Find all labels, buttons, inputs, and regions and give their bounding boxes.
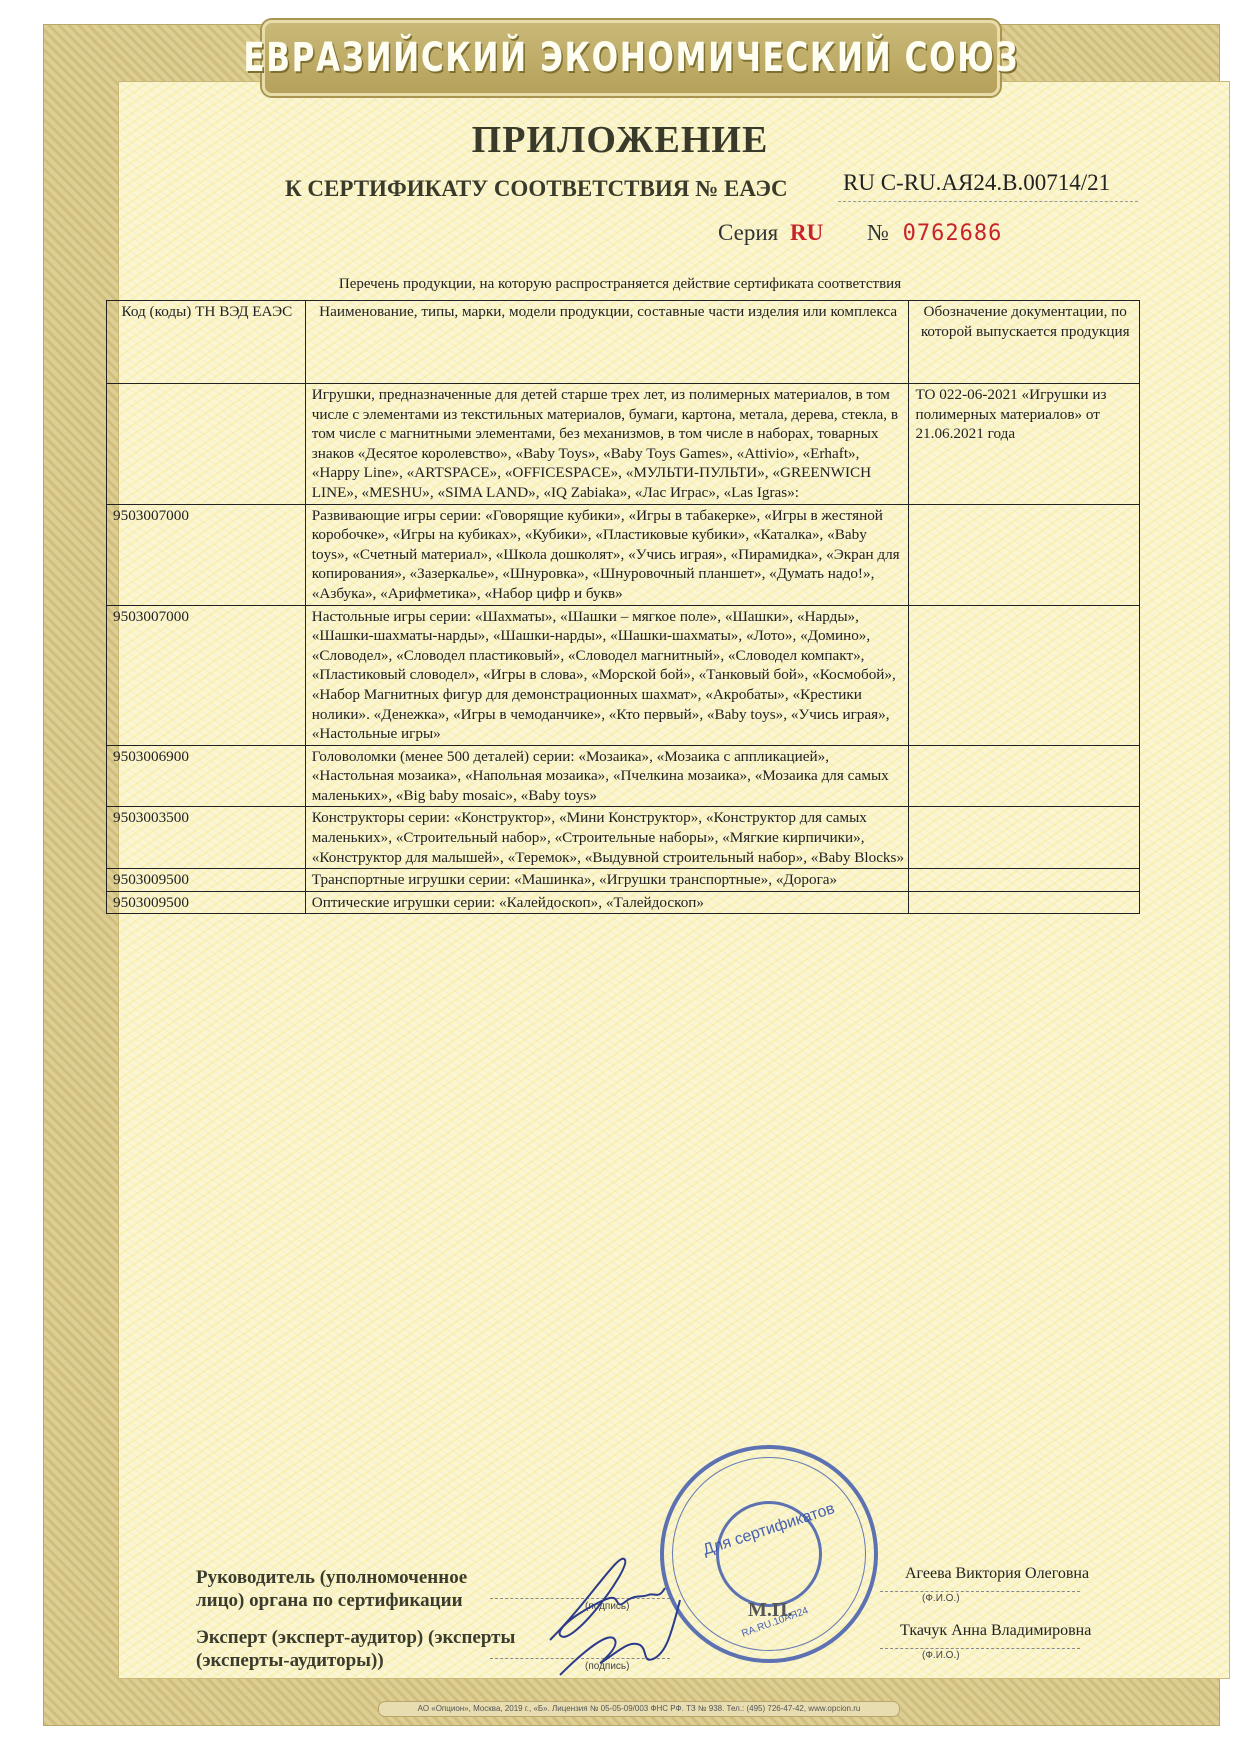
table-row: 9503009500 Оптические игрушки серии: «Ка…	[107, 891, 1140, 914]
cell-name: Головоломки (менее 500 деталей) серии: «…	[305, 745, 909, 807]
cell-doc	[909, 504, 1140, 605]
expert-label: Эксперт (эксперт-аудитор) (эксперты (экс…	[196, 1626, 516, 1672]
series-line: Серия RU № 0762686	[718, 220, 1002, 246]
cell-code: 9503007000	[107, 504, 306, 605]
cell-doc	[909, 869, 1140, 892]
cell-name: Развивающие игры серии: «Говорящие кубик…	[305, 504, 909, 605]
cell-code: 9503006900	[107, 745, 306, 807]
union-banner: ЕВРАЗИЙСКИЙ ЭКОНОМИЧЕСКИЙ СОЮЗ	[262, 20, 1000, 96]
table-row: 9503006900 Головоломки (менее 500 детале…	[107, 745, 1140, 807]
products-table: Код (коды) ТН ВЭД ЕАЭС Наименование, тип…	[106, 300, 1140, 914]
union-banner-text: ЕВРАЗИЙСКИЙ ЭКОНОМИЧЕСКИЙ СОЮЗ	[243, 35, 1019, 81]
number-sign: №	[867, 220, 889, 245]
cell-name: Транспортные игрушки серии: «Машинка», «…	[305, 869, 909, 892]
cell-doc: ТО 022-06-2021 «Игрушки из полимерных ма…	[909, 384, 1140, 505]
organization-stamp: Для сертификатов М.П. RA.RU.10АЯ24	[660, 1445, 878, 1663]
certificate-number-underline	[838, 201, 1138, 202]
cell-code: 9503009500	[107, 891, 306, 914]
head-label: Руководитель (уполномоченное лицо) орган…	[196, 1566, 496, 1612]
page-title: ПРИЛОЖЕНИЕ	[0, 118, 1240, 162]
cell-doc	[909, 745, 1140, 807]
cell-code: 9503009500	[107, 869, 306, 892]
head-name: Агеева Виктория Олеговна	[905, 1565, 1089, 1583]
table-row: 9503007000 Развивающие игры серии: «Гово…	[107, 504, 1140, 605]
table-row: 9503007000 Настольные игры серии: «Шахма…	[107, 605, 1140, 745]
cell-name: Игрушки, предназначенные для детей старш…	[305, 384, 909, 505]
cell-code: 9503003500	[107, 807, 306, 869]
expert-name: Ткачук Анна Владимировна	[900, 1622, 1091, 1640]
cell-doc	[909, 605, 1140, 745]
cell-doc	[909, 891, 1140, 914]
header-name: Наименование, типы, марки, модели продук…	[305, 301, 909, 384]
header-doc: Обозначение документации, по которой вып…	[909, 301, 1140, 384]
certificate-label: К СЕРТИФИКАТУ СООТВЕТСТВИЯ № ЕАЭС	[285, 176, 788, 202]
cell-doc	[909, 807, 1140, 869]
head-fio-line	[880, 1591, 1080, 1592]
cell-code	[107, 384, 306, 505]
cell-name: Настольные игры серии: «Шахматы», «Шашки…	[305, 605, 909, 745]
header-code: Код (коды) ТН ВЭД ЕАЭС	[107, 301, 306, 384]
expert-fio-line	[880, 1648, 1080, 1649]
table-row: Игрушки, предназначенные для детей старш…	[107, 384, 1140, 505]
table-row: 9503003500 Конструкторы серии: «Конструк…	[107, 807, 1140, 869]
cell-name: Конструкторы серии: «Конструктор», «Мини…	[305, 807, 909, 869]
certificate-number: RU C-RU.АЯ24.В.00714/21	[843, 170, 1110, 196]
series-value: RU	[790, 220, 823, 245]
table-header-row: Код (коды) ТН ВЭД ЕАЭС Наименование, тип…	[107, 301, 1140, 384]
head-fio-caption: (Ф.И.О.)	[922, 1593, 960, 1604]
table-row: 9503009500 Транспортные игрушки серии: «…	[107, 869, 1140, 892]
series-label: Серия	[718, 220, 778, 245]
table-caption: Перечень продукции, на которую распростр…	[0, 276, 1240, 293]
blank-number: 0762686	[903, 221, 1003, 246]
printer-imprint: АО «Опцион», Москва, 2019 г., «Б». Лицен…	[378, 1701, 900, 1717]
cell-code: 9503007000	[107, 605, 306, 745]
cell-name: Оптические игрушки серии: «Калейдоскоп»,…	[305, 891, 909, 914]
expert-fio-caption: (Ф.И.О.)	[922, 1650, 960, 1661]
